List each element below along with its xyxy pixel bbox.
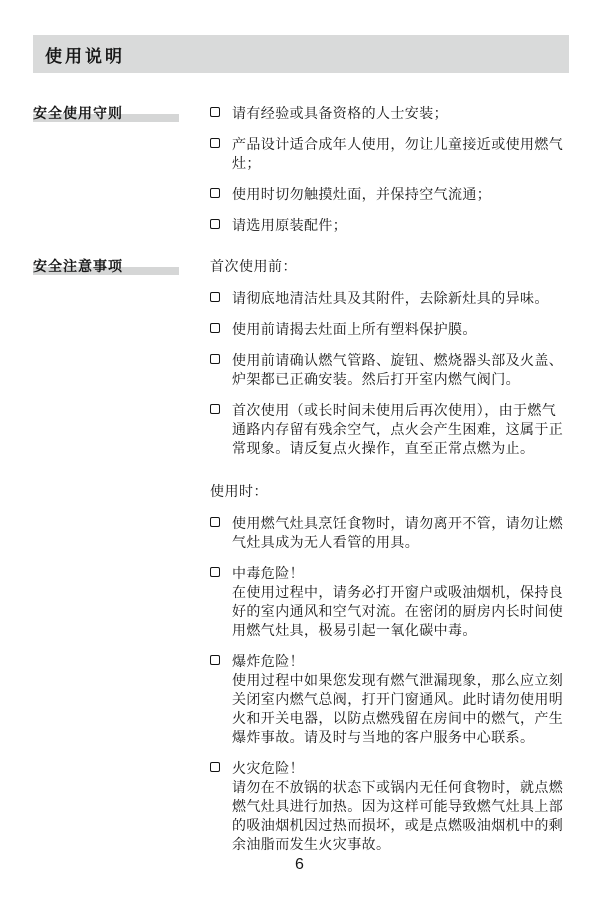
list-item: 产品设计适合成年人使用，勿让儿童接近或使用燃气灶； [210,135,570,173]
subheading-when-using: 使用时： [210,482,570,501]
section-heading: 安全使用守则 [33,104,127,123]
list-item: 使用前请揭去灶面上所有塑料保护膜。 [210,320,570,339]
list-item-text: 产品设计适合成年人使用，勿让儿童接近或使用燃气灶； [232,135,570,173]
checkbox-bullet-icon [210,404,220,414]
list-item: 请有经验或具备资格的人士安装； [210,104,570,123]
section-heading-column: 安全使用守则 [33,104,210,123]
section-body-column: 首次使用前： 请彻底地清洁灶具及其附件，去除新灶具的异味。 使用前请揭去灶面上所… [210,257,570,854]
checkbox-bullet-icon [210,107,220,117]
list-item-text: 使用前请确认燃气管路、旋钮、燃烧器头部及火盖、炉架都已正确安装。然后打开室内燃气… [232,351,570,389]
list-item-text: 首次使用（或长时间未使用后再次使用），由于燃气通路内存留有残余空气，点火会产生困… [232,401,570,458]
section-body-column: 请有经验或具备资格的人士安装； 产品设计适合成年人使用，勿让儿童接近或使用燃气灶… [210,104,570,235]
page-content: 安全使用守则 请有经验或具备资格的人士安装； 产品设计适合成年人使用，勿让儿童接… [33,104,570,854]
list-item-text: 使用燃气灶具烹饪食物时，请勿离开不管，请勿让燃气灶具成为无人看管的用具。 [232,514,570,552]
section-heading-label: 安全注意事项 [33,258,123,274]
list-item-fire-hazard: 火灾危险！ 请勿在不放锅的状态下或锅内无任何食物时，就点燃燃气灶具进行加热。因为… [210,759,570,854]
list-item: 使用燃气灶具烹饪食物时，请勿离开不管，请勿让燃气灶具成为无人看管的用具。 [210,514,570,552]
list-item-text: 使用前请揭去灶面上所有塑料保护膜。 [232,320,570,339]
subheading-before-first-use: 首次使用前： [210,257,570,276]
manual-page: 使用说明 安全使用守则 请有经验或具备资格的人士安装； 产品设计适合成年人使用，… [0,0,599,916]
section-safety-rules: 安全使用守则 请有经验或具备资格的人士安装； 产品设计适合成年人使用，勿让儿童接… [33,104,570,235]
section-safety-precautions: 安全注意事项 首次使用前： 请彻底地清洁灶具及其附件，去除新灶具的异味。 使用前… [33,257,570,854]
list-item-poison-hazard: 中毒危险！ 在使用过程中，请务必打开窗户或吸油烟机，保持良好的室内通风和空气对流… [210,564,570,640]
list-item-text: 使用时切勿触摸灶面，并保持空气流通； [232,185,570,204]
list-item-text: 火灾危险！ 请勿在不放锅的状态下或锅内无任何食物时，就点燃燃气灶具进行加热。因为… [232,759,570,854]
section-heading-column: 安全注意事项 [33,257,210,276]
list-item-text: 请有经验或具备资格的人士安装； [232,104,570,123]
list-item: 请彻底地清洁灶具及其附件，去除新灶具的异味。 [210,289,570,308]
checkbox-bullet-icon [210,138,220,148]
page-title: 使用说明 [45,42,125,67]
checkbox-bullet-icon [210,354,220,364]
checkbox-bullet-icon [210,292,220,302]
checkbox-bullet-icon [210,219,220,229]
list-item: 请选用原装配件； [210,216,570,235]
page-number: 6 [0,856,599,874]
list-item-text: 中毒危险！ 在使用过程中，请务必打开窗户或吸油烟机，保持良好的室内通风和空气对流… [232,564,570,640]
checkbox-bullet-icon [210,323,220,333]
list-item-text: 请选用原装配件； [232,216,570,235]
list-item: 使用前请确认燃气管路、旋钮、燃烧器头部及火盖、炉架都已正确安装。然后打开室内燃气… [210,351,570,389]
section-heading-label: 安全使用守则 [33,105,123,121]
checkbox-bullet-icon [210,567,220,577]
list-item-explosion-hazard: 爆炸危险！ 使用过程中如果您发现有燃气泄漏现象，那么应立刻关闭室内燃气总阀，打开… [210,652,570,747]
section-heading: 安全注意事项 [33,257,127,276]
page-title-band: 使用说明 [33,35,569,73]
list-item: 首次使用（或长时间未使用后再次使用），由于燃气通路内存留有残余空气，点火会产生困… [210,401,570,458]
list-item-text: 请彻底地清洁灶具及其附件，去除新灶具的异味。 [232,289,570,308]
list-item-text: 爆炸危险！ 使用过程中如果您发现有燃气泄漏现象，那么应立刻关闭室内燃气总阀，打开… [232,652,570,747]
checkbox-bullet-icon [210,517,220,527]
checkbox-bullet-icon [210,762,220,772]
checkbox-bullet-icon [210,655,220,665]
checkbox-bullet-icon [210,188,220,198]
list-item: 使用时切勿触摸灶面，并保持空气流通； [210,185,570,204]
